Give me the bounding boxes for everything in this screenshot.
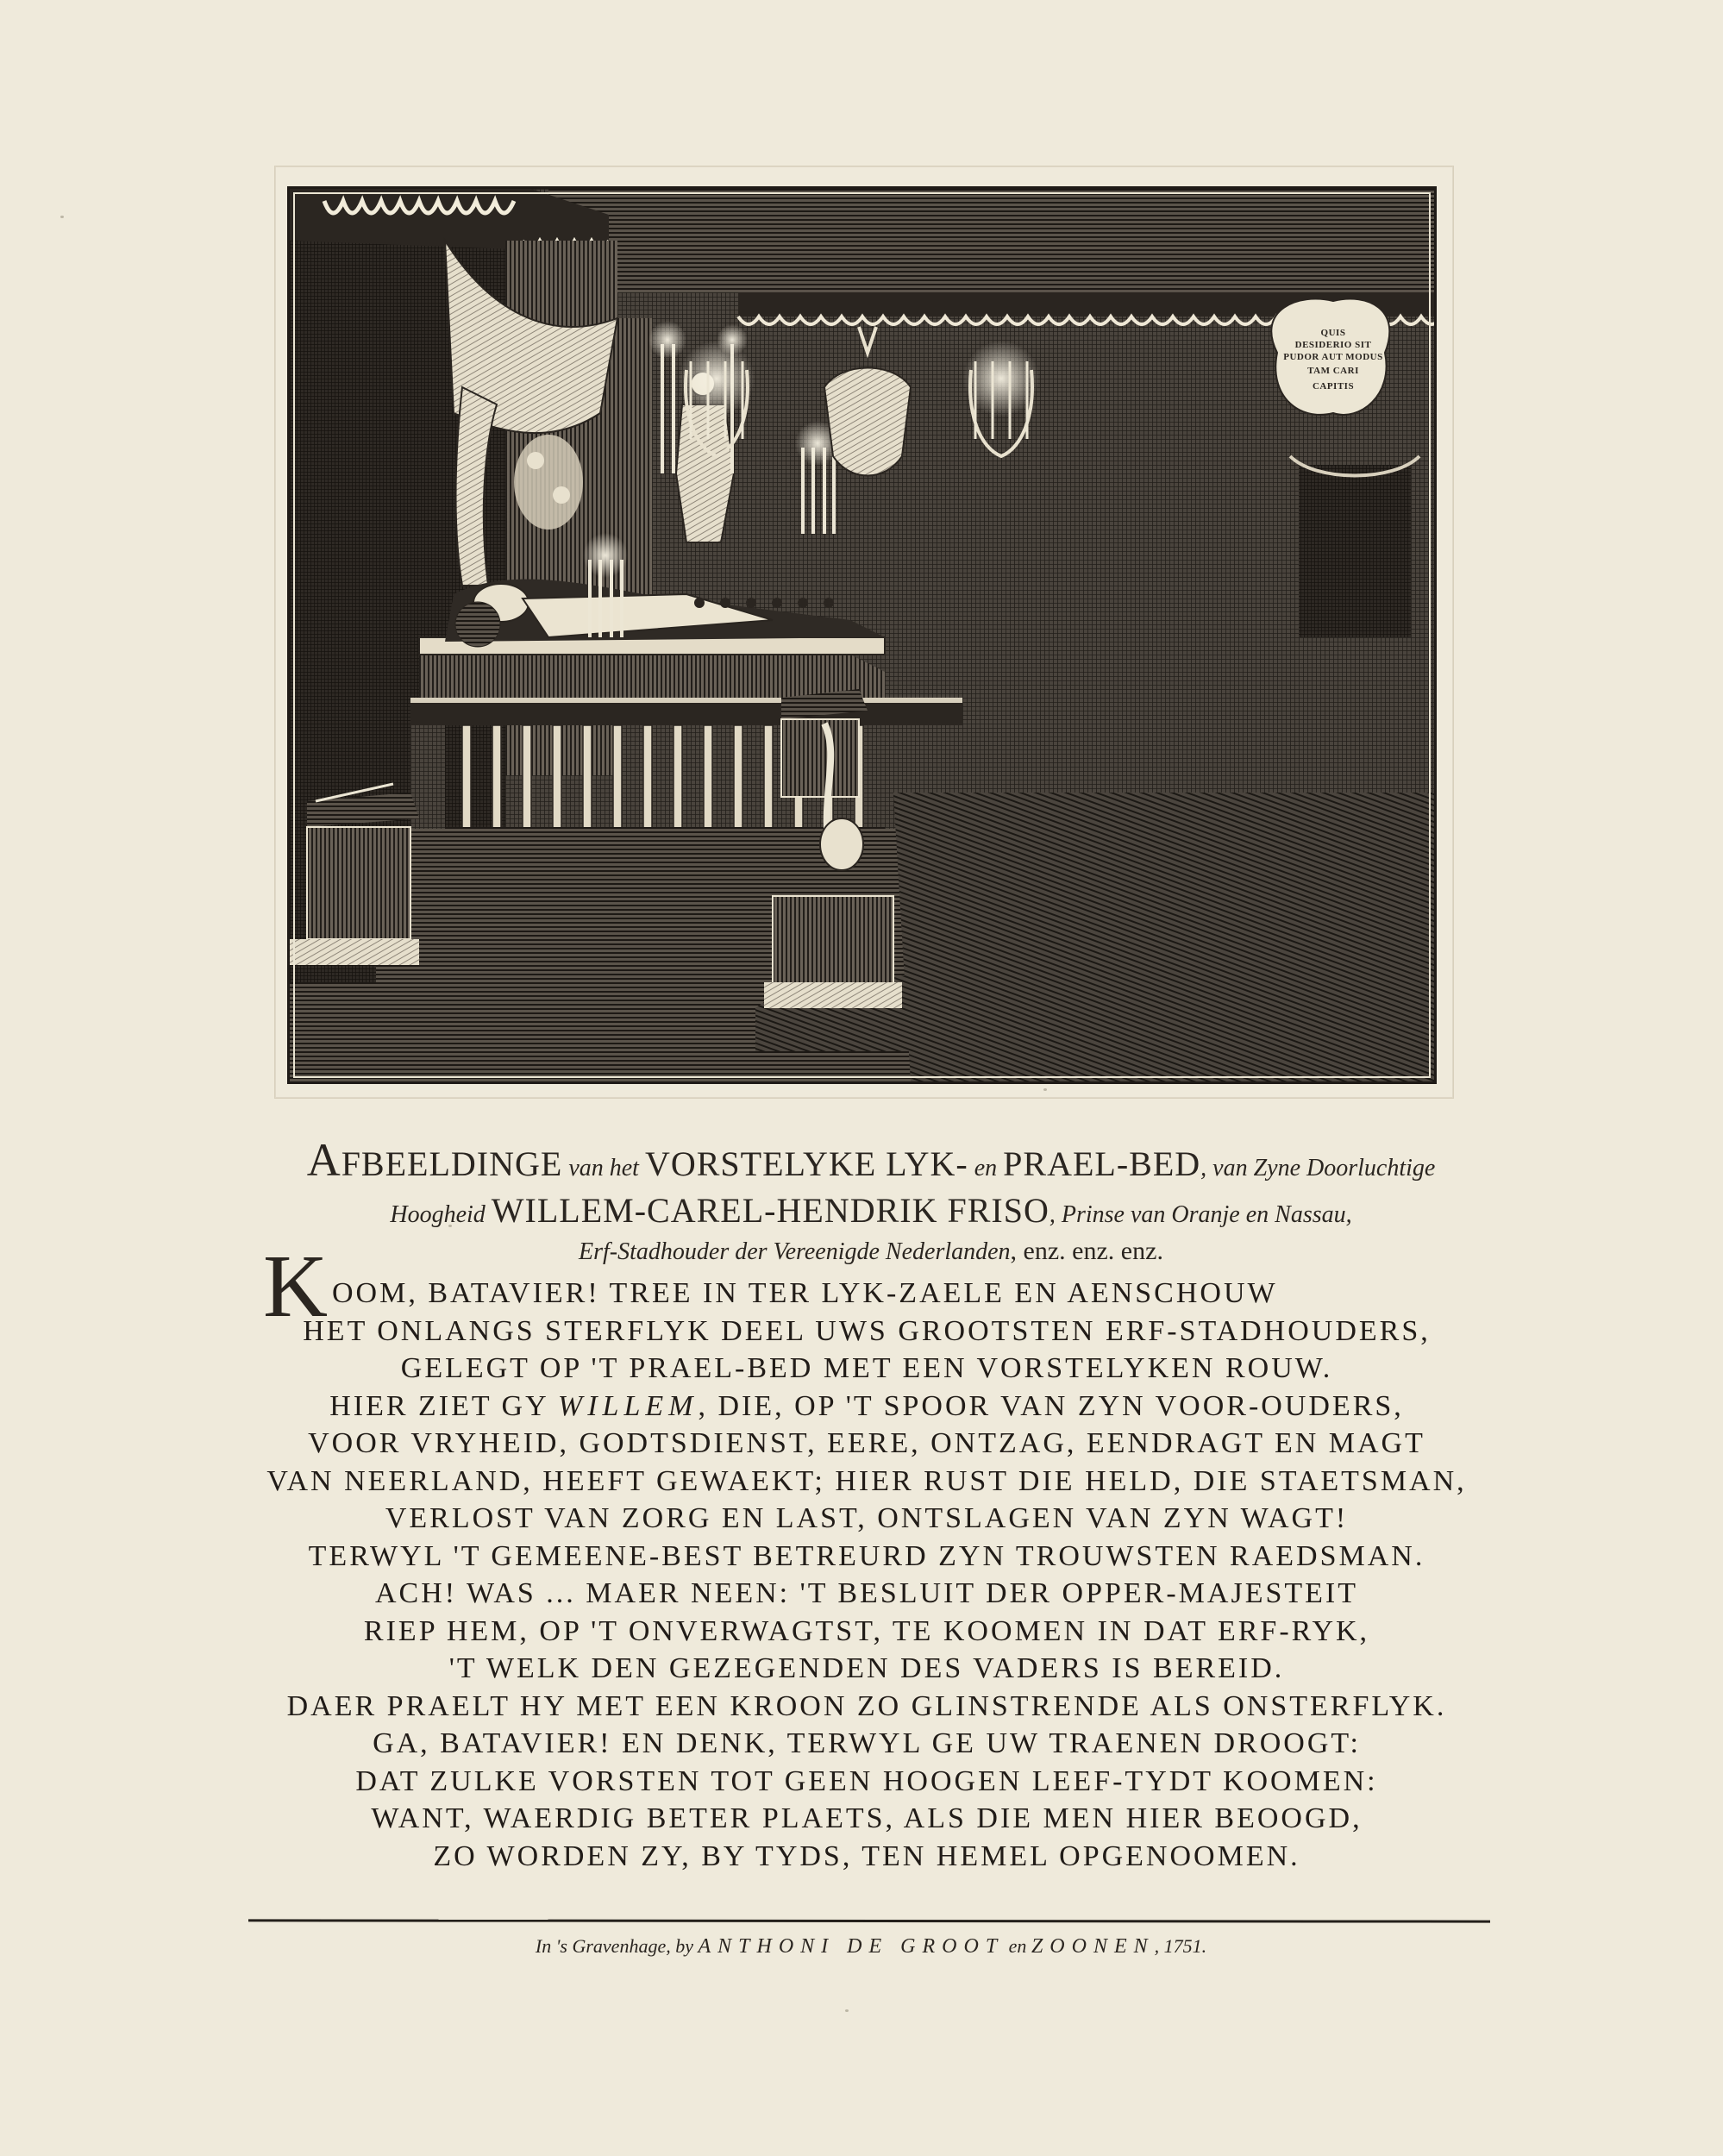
imprint: In 's Gravenhage, by ANTHONI DE GROOT en… xyxy=(224,1935,1518,1959)
title-line-3: Erf-Stadhouder der Vereenigde Nederlande… xyxy=(224,1238,1518,1264)
poem-line: ACH! WAS ... MAER NEEN: 'T BESLUIT DER O… xyxy=(229,1575,1505,1613)
title-line-1: AFBEELDINGE van het VORSTELYKE LYK- en P… xyxy=(224,1137,1518,1183)
title-caps: VORSTELYKE LYK- xyxy=(645,1144,968,1183)
cushion-with-sword xyxy=(290,784,419,965)
poem-line: RIEP HEM, OP 'T ONVERWAGTST, TE KOOMEN I… xyxy=(229,1613,1505,1651)
title-initial: A xyxy=(307,1134,341,1186)
poem-line: HET ONLANGS STERFLYK DEEL UWS GROOTSTEN … xyxy=(229,1313,1505,1351)
poem-line: 'T WELK DEN GEZEGENDEN DES VADERS IS BER… xyxy=(229,1650,1505,1688)
poem-line: ZO WORDEN ZY, BY TYDS, TEN HEMEL OPGENOO… xyxy=(229,1838,1505,1876)
svg-text:QUIS: QUIS xyxy=(1321,328,1346,338)
svg-text:TAM CARI: TAM CARI xyxy=(1307,366,1359,376)
title-word: FBEELDINGE xyxy=(341,1144,563,1183)
title-italic: Hoogheid xyxy=(390,1201,491,1228)
title-line-2: Hoogheid WILLEM-CAREL-HENDRIK FRISO, Pri… xyxy=(224,1194,1518,1228)
imprint-place: In 's Gravenhage, by xyxy=(536,1935,699,1957)
title-block: AFBEELDINGE van het VORSTELYKE LYK- en P… xyxy=(224,1137,1518,1264)
svg-text:DESIDERIO SIT: DESIDERIO SIT xyxy=(1295,340,1372,350)
imprint-publisher: ZOONEN xyxy=(1031,1935,1155,1958)
poem-line: GELEGT OP 'T PRAEL-BED MET EEN VORSTELYK… xyxy=(229,1350,1505,1388)
drop-cap: K xyxy=(263,1242,330,1332)
svg-text:PUDOR AUT MODUS: PUDOR AUT MODUS xyxy=(1283,352,1382,362)
poem-name-willem: WILLEM xyxy=(558,1390,699,1422)
poem-line: HIER ZIET GY WILLEM, DIE, OP 'T SPOOR VA… xyxy=(229,1388,1505,1426)
title-italic: van het xyxy=(562,1155,645,1181)
poem-line: VERLOST VAN ZORG EN LAST, ONTSLAGEN VAN … xyxy=(229,1500,1505,1538)
poem-line-text: , DIE, OP 'T SPOOR VAN ZYN VOOR-OUDERS, xyxy=(698,1390,1403,1422)
poem-line-text: HIER ZIET GY xyxy=(329,1390,558,1422)
engraving-scene: QUIS DESIDERIO SIT PUDOR AUT MODUS TAM C… xyxy=(290,189,1434,1081)
imprint-conjunction: en xyxy=(1004,1935,1031,1957)
poem: KOOM, BATAVIER! TREE IN TER LYK-ZAELE EN… xyxy=(229,1275,1505,1875)
imprint-publisher: ANTHONI DE GROOT xyxy=(698,1935,1004,1958)
paper-speck xyxy=(845,2009,849,2012)
poem-line: DAER PRAELT HY MET EEN KROON ZO GLINSTRE… xyxy=(229,1688,1505,1726)
title-italic: en xyxy=(968,1155,1003,1181)
poem-line: KOOM, BATAVIER! TREE IN TER LYK-ZAELE EN… xyxy=(229,1275,1505,1313)
title-italic: , van Zyne Doorluchtige xyxy=(1200,1155,1435,1181)
poem-line: GA, BATAVIER! EN DENK, TERWYL GE UW TRAE… xyxy=(229,1725,1505,1763)
doorway xyxy=(1290,456,1419,637)
title-plain: , enz. enz. enz. xyxy=(1011,1237,1163,1265)
poem-line: VOOR VRYHEID, GODTSDIENST, EERE, ONTZAG,… xyxy=(229,1425,1505,1463)
poem-line: DAT ZULKE VORSTEN TOT GEEN HOOGEN LEEF-T… xyxy=(229,1763,1505,1801)
title-italic: , Prinse van Oranje en Nassau, xyxy=(1049,1201,1352,1228)
title-caps: PRAEL-BED xyxy=(1003,1144,1200,1183)
title-italic: Erf-Stadhouder der Vereenigde Nederlande… xyxy=(579,1238,1011,1265)
engraving-illustration: QUIS DESIDERIO SIT PUDOR AUT MODUS TAM C… xyxy=(287,186,1437,1084)
imprint-year: , 1751. xyxy=(1155,1935,1207,1957)
poem-line-text: OOM, BATAVIER! TREE IN TER LYK-ZAELE EN … xyxy=(263,1277,1278,1309)
title-caps: WILLEM-CAREL-HENDRIK FRISO xyxy=(492,1191,1049,1230)
horizontal-rule xyxy=(248,1919,1490,1922)
svg-text:CAPITIS: CAPITIS xyxy=(1313,381,1354,392)
poem-line: VAN NEERLAND, HEEFT GEWAEKT; HIER RUST D… xyxy=(229,1463,1505,1501)
paper-speck xyxy=(60,216,64,218)
poem-line: WANT, WAERDIG BETER PLAETS, ALS DIE MEN … xyxy=(229,1800,1505,1838)
cartouche: QUIS DESIDERIO SIT PUDOR AUT MODUS TAM C… xyxy=(1271,299,1389,415)
poem-line: TERWYL 'T GEMEENE-BEST BETREURD ZYN TROU… xyxy=(229,1538,1505,1576)
